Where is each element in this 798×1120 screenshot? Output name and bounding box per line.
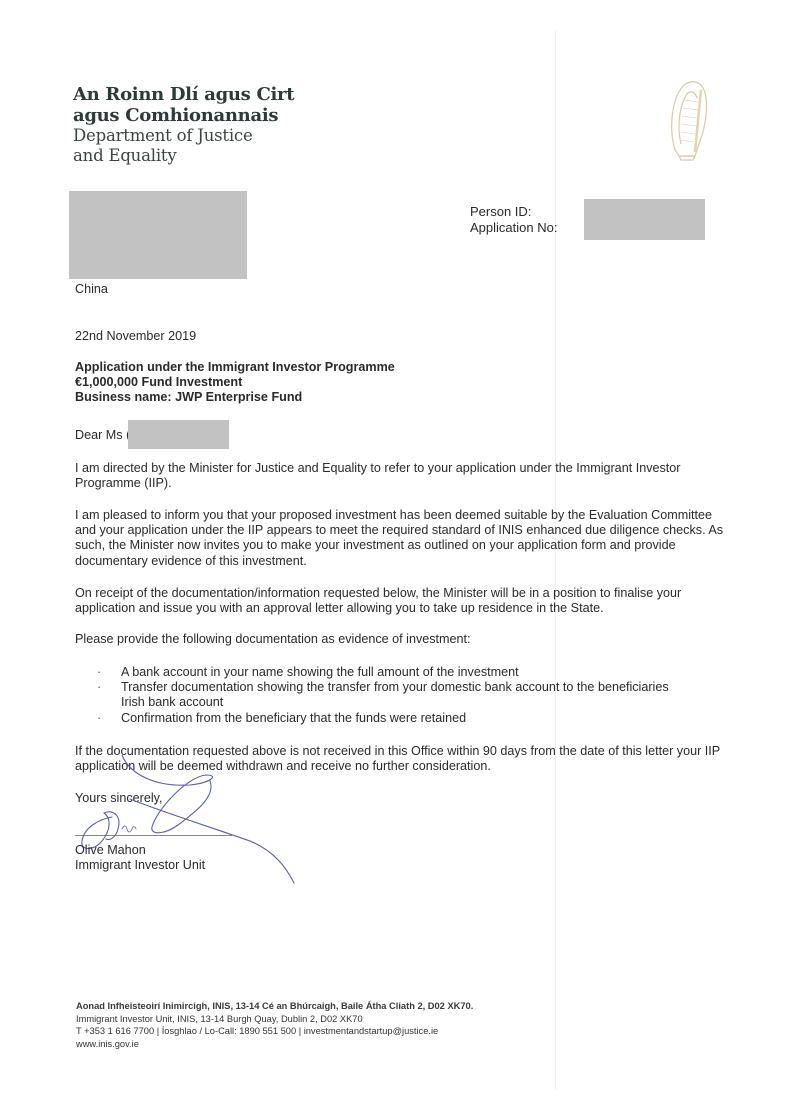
redacted-recipient-address <box>69 191 247 279</box>
signer-unit: Immigrant Investor Unit <box>75 858 205 873</box>
signer-name: Olive Mahon <box>75 843 205 858</box>
requirement-item: Transfer documentation showing the trans… <box>75 680 735 710</box>
reference-labels: Person ID: Application No: <box>470 204 557 236</box>
letter-footer: Aonad Infheisteoirí Inimircigh, INIS, 13… <box>76 1000 473 1050</box>
department-letterhead: An Roinn Dlí agus Cirt agus Comhionannai… <box>73 84 294 166</box>
letter-subject: Application under the Immigrant Investor… <box>75 360 395 406</box>
redacted-reference-values <box>584 199 705 240</box>
salutation: Dear Ms ( <box>75 428 130 443</box>
irish-dept-name-line1: An Roinn Dlí agus Cirt <box>73 84 294 105</box>
requirements-list: A bank account in your name showing the … <box>75 665 735 726</box>
body-paragraph-3: On receipt of the documentation/informat… <box>75 586 735 616</box>
requirement-item: Confirmation from the beneficiary that t… <box>75 711 735 726</box>
subject-line-business: Business name: JWP Enterprise Fund <box>75 390 395 405</box>
footer-irish-address: Aonad Infheisteoirí Inimircigh, INIS, 13… <box>76 1000 473 1013</box>
subject-line-programme: Application under the Immigrant Investor… <box>75 360 395 375</box>
recipient-country: China <box>75 282 108 297</box>
english-dept-name-line1: Department of Justice <box>73 126 294 146</box>
body-paragraph-4: Please provide the following documentati… <box>75 632 735 647</box>
footer-contact: T +353 1 616 7700 | Íosghlao / Lo-Call: … <box>76 1025 473 1038</box>
redacted-recipient-name <box>128 420 229 449</box>
letter-date: 22nd November 2019 <box>75 329 196 344</box>
signer-block: Olive Mahon Immigrant Investor Unit <box>75 843 205 873</box>
english-dept-name-line2: and Equality <box>73 146 294 166</box>
footer-english-address: Immigrant Investor Unit, INIS, 13-14 Bur… <box>76 1013 473 1026</box>
requirement-item: A bank account in your name showing the … <box>75 665 735 680</box>
irish-dept-name-line2: agus Comhionannais <box>73 105 294 126</box>
person-id-label: Person ID: <box>470 204 557 220</box>
body-paragraph-2: I am pleased to inform you that your pro… <box>75 508 735 569</box>
harp-emblem-icon <box>665 72 715 162</box>
body-paragraph-1: I am directed by the Minister for Justic… <box>75 461 735 491</box>
application-no-label: Application No: <box>470 220 557 236</box>
subject-line-amount: €1,000,000 Fund Investment <box>75 375 395 390</box>
footer-website: www.inis.gov.ie <box>76 1038 473 1051</box>
